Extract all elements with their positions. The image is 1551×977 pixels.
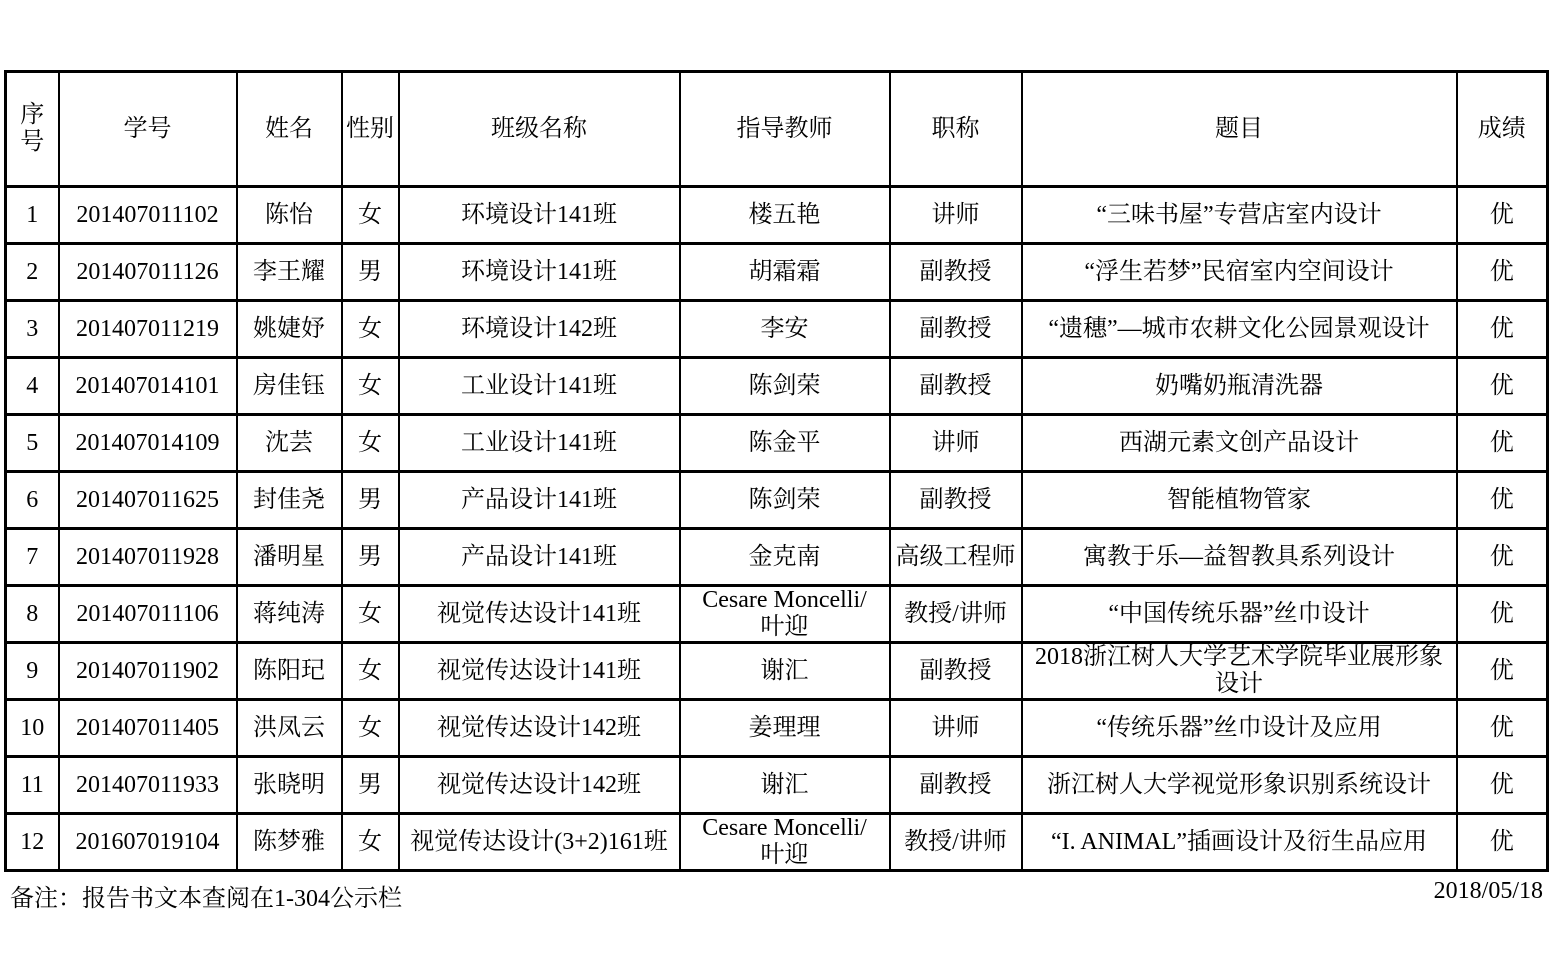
topic-cell: 智能植物管家 <box>1022 472 1457 529</box>
title-rank-cell: 副教授 <box>890 643 1022 700</box>
class-name-cell: 视觉传达设计142班 <box>399 757 680 814</box>
header-col-student-id: 学号 <box>59 72 237 187</box>
title-rank-cell: 副教授 <box>890 472 1022 529</box>
student-id-cell: 201407011405 <box>59 700 237 757</box>
header-col-advisor: 指导教师 <box>680 72 890 187</box>
topic-cell: “传统乐器”丝巾设计及应用 <box>1022 700 1457 757</box>
header-col-no: 序号 <box>6 72 59 187</box>
grade-cell: 优 <box>1457 301 1548 358</box>
topic-cell: “三味书屋”专营店室内设计 <box>1022 187 1457 244</box>
student-id-cell: 201407011106 <box>59 586 237 643</box>
topic-cell: “遗穗”—城市农耕文化公园景观设计 <box>1022 301 1457 358</box>
student-id-cell: 201407011126 <box>59 244 237 301</box>
student-name-cell: 姚婕妤 <box>237 301 342 358</box>
student-id-cell: 201407011219 <box>59 301 237 358</box>
grade-cell: 优 <box>1457 529 1548 586</box>
grade-cell: 优 <box>1457 472 1548 529</box>
row-number-cell: 10 <box>6 700 59 757</box>
student-name-cell: 张晓明 <box>237 757 342 814</box>
topic-cell: 西湖元素文创产品设计 <box>1022 415 1457 472</box>
student-table-body: 1201407011102陈怡女环境设计141班楼五艳讲师“三味书屋”专营店室内… <box>6 187 1548 871</box>
row-number-cell: 2 <box>6 244 59 301</box>
gender-cell: 女 <box>342 700 399 757</box>
grade-cell: 优 <box>1457 643 1548 700</box>
class-name-cell: 视觉传达设计(3+2)161班 <box>399 814 680 871</box>
table-row: 9201407011902陈阳玘女视觉传达设计141班谢汇副教授2018浙江树人… <box>6 643 1548 700</box>
header-col-topic: 题目 <box>1022 72 1457 187</box>
student-name-cell: 封佳尧 <box>237 472 342 529</box>
row-number-cell: 12 <box>6 814 59 871</box>
topic-cell: 奶嘴奶瓶清洗器 <box>1022 358 1457 415</box>
gender-cell: 女 <box>342 301 399 358</box>
title-rank-cell: 副教授 <box>890 244 1022 301</box>
grade-cell: 优 <box>1457 700 1548 757</box>
table-header: 序号学号姓名性别班级名称指导教师职称题目成绩 <box>6 72 1548 187</box>
advisor-cell: 谢汇 <box>680 757 890 814</box>
advisor-cell: 陈剑荣 <box>680 358 890 415</box>
header-col-grade: 成绩 <box>1457 72 1548 187</box>
row-number-cell: 6 <box>6 472 59 529</box>
student-name-cell: 陈阳玘 <box>237 643 342 700</box>
student-id-cell: 201407014101 <box>59 358 237 415</box>
student-name-cell: 李王耀 <box>237 244 342 301</box>
gender-cell: 男 <box>342 472 399 529</box>
topic-cell: “中国传统乐器”丝巾设计 <box>1022 586 1457 643</box>
table-row: 6201407011625封佳尧男产品设计141班陈剑荣副教授智能植物管家优 <box>6 472 1548 529</box>
remark-note: 备注：报告书文本查阅在1-304公示栏 <box>10 878 402 913</box>
title-rank-cell: 教授/讲师 <box>890 814 1022 871</box>
row-number-cell: 8 <box>6 586 59 643</box>
student-id-cell: 201407011928 <box>59 529 237 586</box>
class-name-cell: 环境设计141班 <box>399 187 680 244</box>
title-rank-cell: 副教授 <box>890 301 1022 358</box>
student-id-cell: 201407014109 <box>59 415 237 472</box>
topic-cell: 2018浙江树人大学艺术学院毕业展形象设计 <box>1022 643 1457 700</box>
student-name-cell: 潘明星 <box>237 529 342 586</box>
topic-cell: “浮生若梦”民宿室内空间设计 <box>1022 244 1457 301</box>
advisor-cell: 谢汇 <box>680 643 890 700</box>
class-name-cell: 产品设计141班 <box>399 529 680 586</box>
topic-cell: 寓教于乐—益智教具系列设计 <box>1022 529 1457 586</box>
class-name-cell: 环境设计141班 <box>399 244 680 301</box>
header-col-gender: 性别 <box>342 72 399 187</box>
header-col-class-name: 班级名称 <box>399 72 680 187</box>
grade-cell: 优 <box>1457 244 1548 301</box>
advisor-cell: 姜理理 <box>680 700 890 757</box>
student-name-cell: 陈梦雅 <box>237 814 342 871</box>
row-number-cell: 4 <box>6 358 59 415</box>
grade-cell: 优 <box>1457 586 1548 643</box>
table-row: 3201407011219姚婕妤女环境设计142班李安副教授“遗穗”—城市农耕文… <box>6 301 1548 358</box>
student-id-cell: 201407011102 <box>59 187 237 244</box>
class-name-cell: 工业设计141班 <box>399 358 680 415</box>
class-name-cell: 视觉传达设计141班 <box>399 586 680 643</box>
row-number-cell: 1 <box>6 187 59 244</box>
topic-cell: 浙江树人大学视觉形象识别系统设计 <box>1022 757 1457 814</box>
student-name-cell: 陈怡 <box>237 187 342 244</box>
row-number-cell: 9 <box>6 643 59 700</box>
advisor-cell: 楼五艳 <box>680 187 890 244</box>
title-rank-cell: 副教授 <box>890 358 1022 415</box>
student-name-cell: 蒋纯涛 <box>237 586 342 643</box>
gender-cell: 男 <box>342 757 399 814</box>
table-row: 12201607019104陈梦雅女视觉传达设计(3+2)161班Cesare … <box>6 814 1548 871</box>
student-id-cell: 201407011933 <box>59 757 237 814</box>
gender-cell: 女 <box>342 415 399 472</box>
date-label: 2018/05/18 <box>1434 878 1543 905</box>
advisor-cell: Cesare Moncelli/ 叶迎 <box>680 586 890 643</box>
title-rank-cell: 讲师 <box>890 187 1022 244</box>
row-number-cell: 11 <box>6 757 59 814</box>
page: 序号学号姓名性别班级名称指导教师职称题目成绩 1201407011102陈怡女环… <box>0 0 1551 977</box>
header-row: 序号学号姓名性别班级名称指导教师职称题目成绩 <box>6 72 1548 187</box>
gender-cell: 男 <box>342 244 399 301</box>
graduation-project-grade-table: 序号学号姓名性别班级名称指导教师职称题目成绩 1201407011102陈怡女环… <box>4 70 1549 872</box>
row-number-cell: 5 <box>6 415 59 472</box>
grade-cell: 优 <box>1457 187 1548 244</box>
table-row: 11201407011933张晓明男视觉传达设计142班谢汇副教授浙江树人大学视… <box>6 757 1548 814</box>
row-number-cell: 3 <box>6 301 59 358</box>
advisor-cell: 陈金平 <box>680 415 890 472</box>
table-row: 5201407014109沈芸女工业设计141班陈金平讲师西湖元素文创产品设计优 <box>6 415 1548 472</box>
title-rank-cell: 教授/讲师 <box>890 586 1022 643</box>
advisor-cell: 陈剑荣 <box>680 472 890 529</box>
class-name-cell: 产品设计141班 <box>399 472 680 529</box>
grade-cell: 优 <box>1457 814 1548 871</box>
gender-cell: 女 <box>342 358 399 415</box>
class-name-cell: 视觉传达设计141班 <box>399 643 680 700</box>
student-name-cell: 沈芸 <box>237 415 342 472</box>
table-row: 10201407011405洪凤云女视觉传达设计142班姜理理讲师“传统乐器”丝… <box>6 700 1548 757</box>
topic-cell: “I. ANIMAL”插画设计及衍生品应用 <box>1022 814 1457 871</box>
title-rank-cell: 讲师 <box>890 700 1022 757</box>
class-name-cell: 环境设计142班 <box>399 301 680 358</box>
grade-cell: 优 <box>1457 415 1548 472</box>
gender-cell: 女 <box>342 586 399 643</box>
student-name-cell: 房佳钰 <box>237 358 342 415</box>
advisor-cell: 金克南 <box>680 529 890 586</box>
grade-cell: 优 <box>1457 757 1548 814</box>
title-rank-cell: 讲师 <box>890 415 1022 472</box>
grade-cell: 优 <box>1457 358 1548 415</box>
table-row: 4201407014101房佳钰女工业设计141班陈剑荣副教授奶嘴奶瓶清洗器优 <box>6 358 1548 415</box>
title-rank-cell: 高级工程师 <box>890 529 1022 586</box>
student-id-cell: 201607019104 <box>59 814 237 871</box>
row-number-cell: 7 <box>6 529 59 586</box>
table-row: 7201407011928潘明星男产品设计141班金克南高级工程师寓教于乐—益智… <box>6 529 1548 586</box>
class-name-cell: 视觉传达设计142班 <box>399 700 680 757</box>
class-name-cell: 工业设计141班 <box>399 415 680 472</box>
gender-cell: 女 <box>342 187 399 244</box>
student-id-cell: 201407011902 <box>59 643 237 700</box>
gender-cell: 女 <box>342 643 399 700</box>
gender-cell: 女 <box>342 814 399 871</box>
table-row: 8201407011106蒋纯涛女视觉传达设计141班Cesare Moncel… <box>6 586 1548 643</box>
header-col-title-rank: 职称 <box>890 72 1022 187</box>
table-row: 2201407011126李王耀男环境设计141班胡霜霜副教授“浮生若梦”民宿室… <box>6 244 1548 301</box>
title-rank-cell: 副教授 <box>890 757 1022 814</box>
student-id-cell: 201407011625 <box>59 472 237 529</box>
gender-cell: 男 <box>342 529 399 586</box>
advisor-cell: 胡霜霜 <box>680 244 890 301</box>
advisor-cell: Cesare Moncelli/ 叶迎 <box>680 814 890 871</box>
advisor-cell: 李安 <box>680 301 890 358</box>
student-name-cell: 洪凤云 <box>237 700 342 757</box>
header-col-name: 姓名 <box>237 72 342 187</box>
table-row: 1201407011102陈怡女环境设计141班楼五艳讲师“三味书屋”专营店室内… <box>6 187 1548 244</box>
